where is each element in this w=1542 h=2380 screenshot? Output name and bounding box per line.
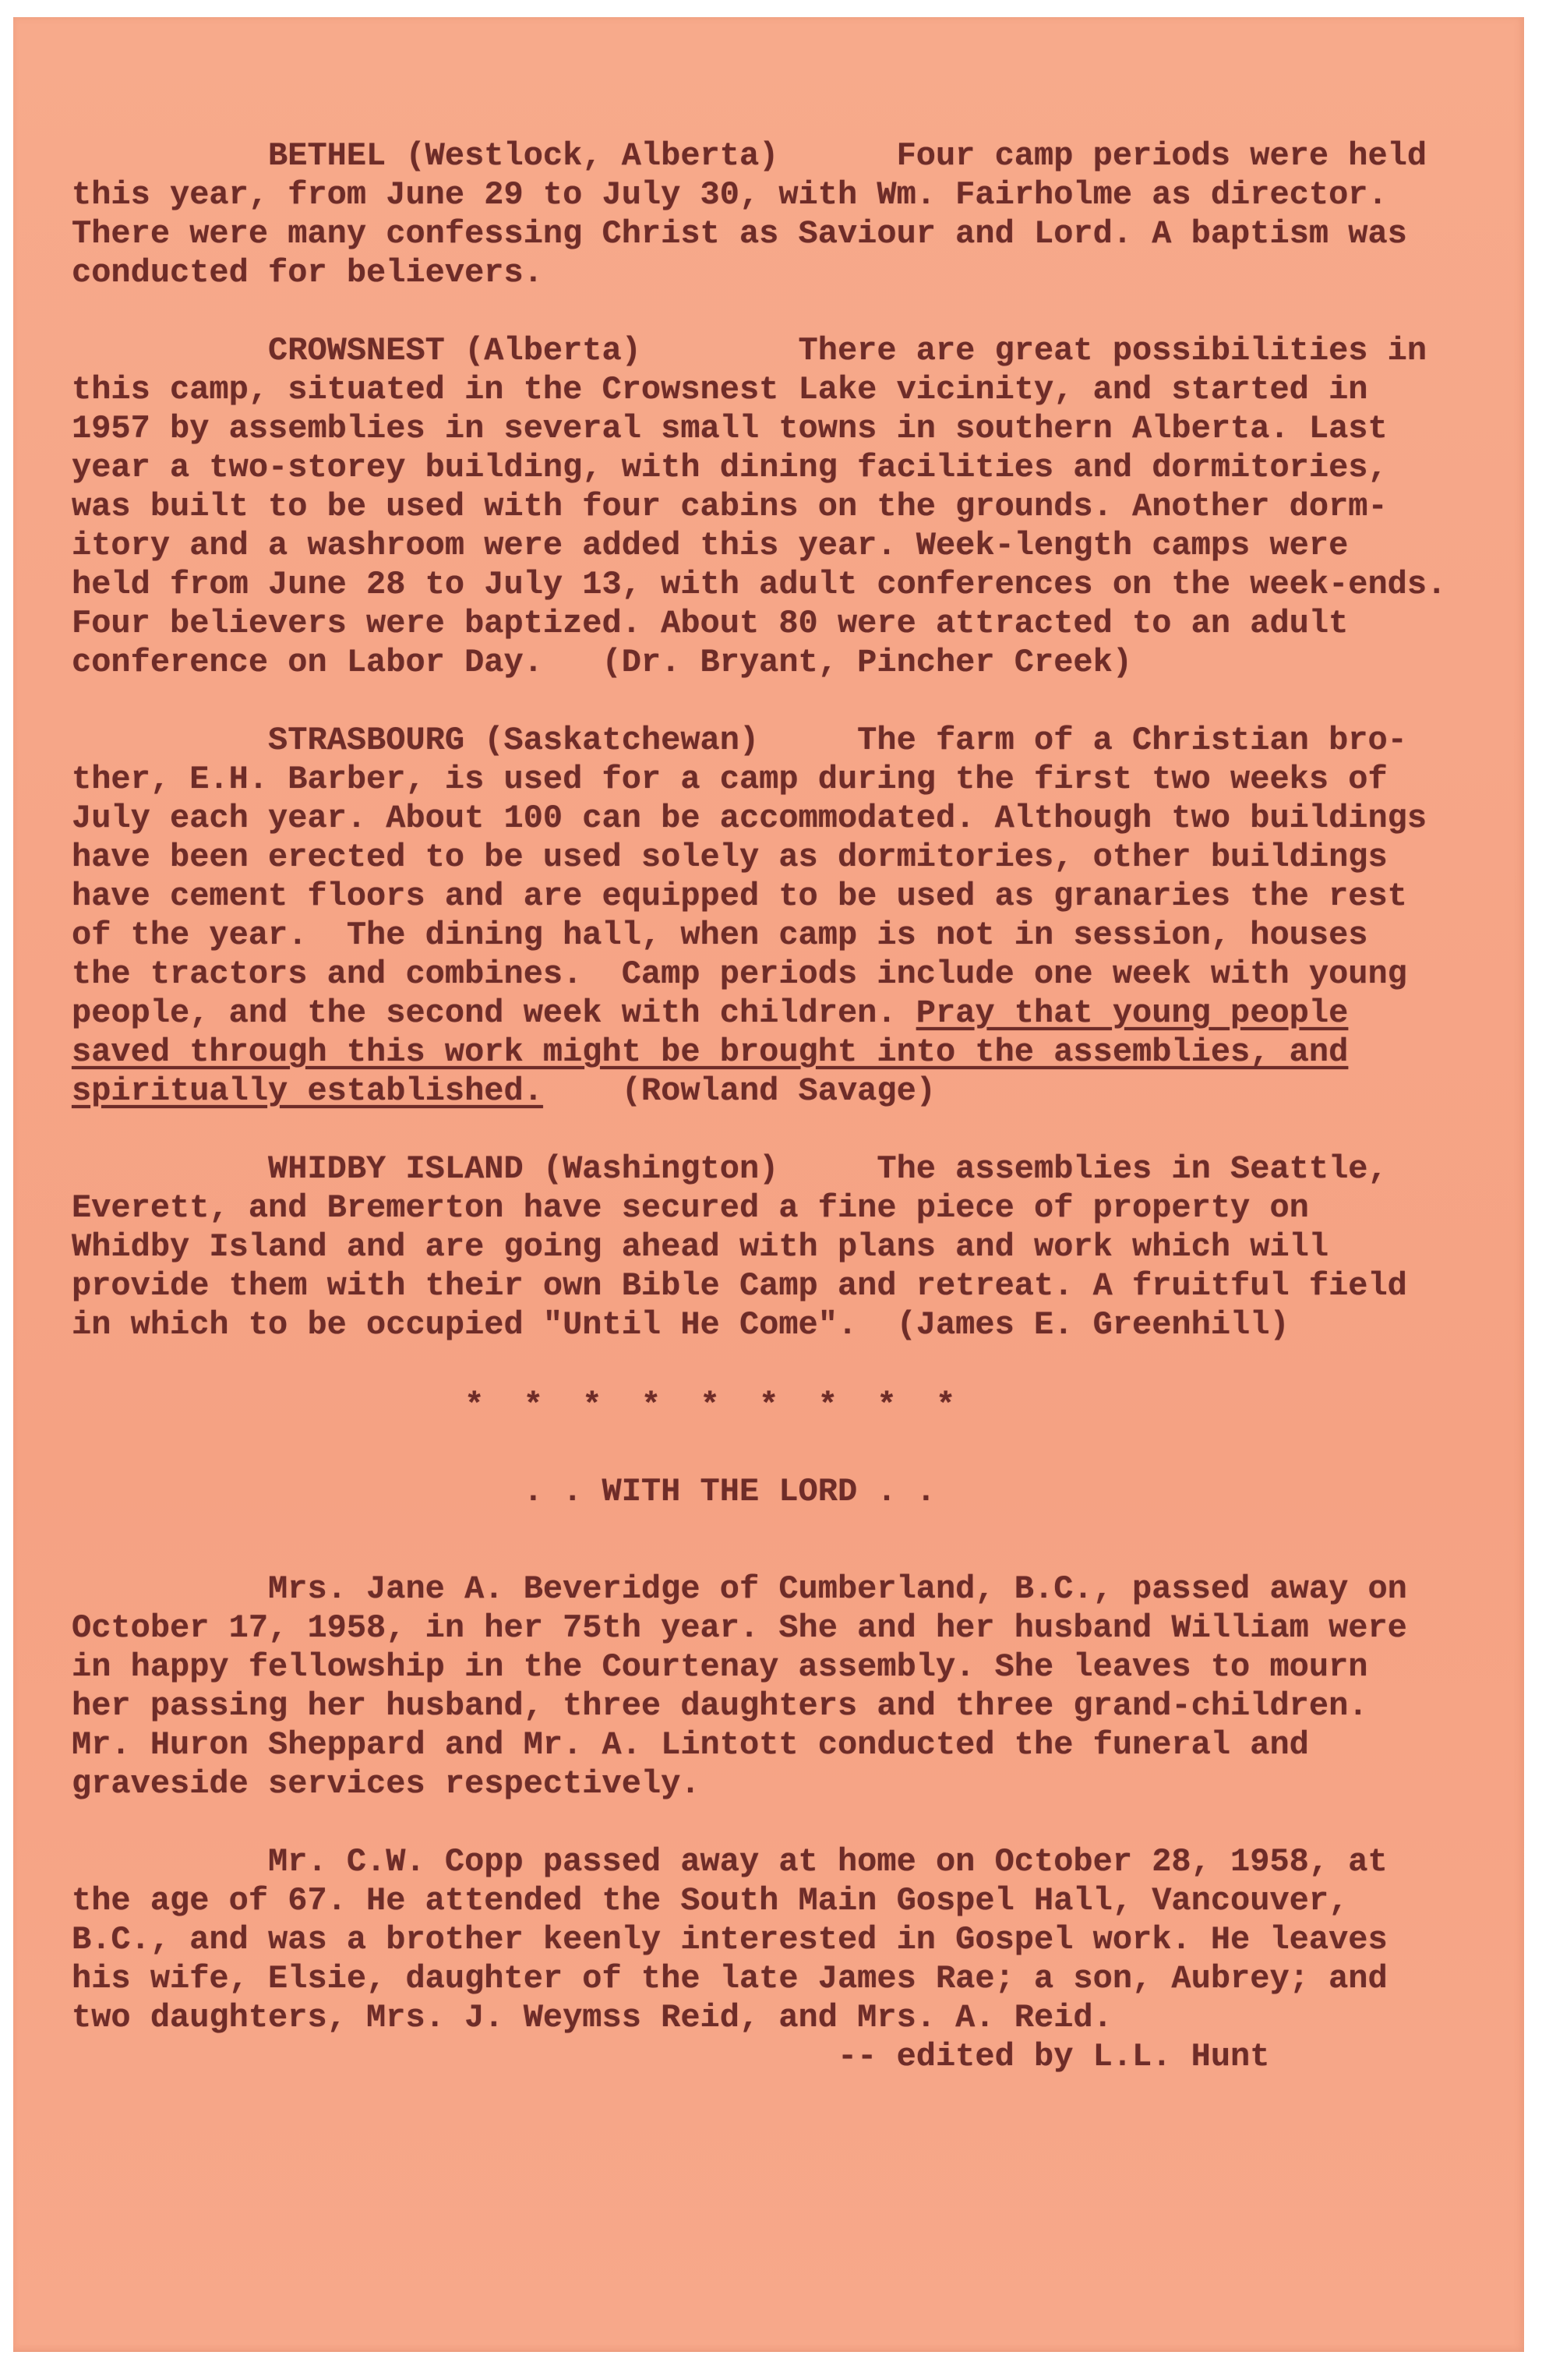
- text-segment: July each year. About 100 can be accommo…: [72, 800, 1427, 837]
- text-line: this camp, situated in the Crowsnest Lak…: [72, 370, 1477, 409]
- text-line: WHIDBY ISLAND (Washington) The assemblie…: [72, 1149, 1477, 1188]
- underlined-text: Pray that young people: [916, 994, 1349, 1032]
- text-segment: people, and the second week with childre…: [72, 994, 916, 1032]
- text-line: the age of 67. He attended the South Mai…: [72, 1881, 1477, 1920]
- text-line: the tractors and combines. Camp periods …: [72, 955, 1477, 994]
- text-segment: two daughters, Mrs. J. Weymss Reid, and …: [72, 1999, 1113, 2036]
- text-line: people, and the second week with childre…: [72, 994, 1477, 1033]
- text-segment: the tractors and combines. Camp periods …: [72, 955, 1407, 993]
- text-segment: this camp, situated in the Crowsnest Lak…: [72, 371, 1367, 408]
- text-line: two daughters, Mrs. J. Weymss Reid, and …: [72, 1998, 1477, 2037]
- underlined-text: spiritually established.: [72, 1072, 543, 1110]
- obituary-beveridge: Mrs. Jane A. Beveridge of Cumberland, B.…: [72, 1570, 1477, 1803]
- text-segment: Mr. C.W. Copp passed away at home on Oct…: [72, 1843, 1388, 1880]
- text-segment: Mr. Huron Sheppard and Mr. A. Lintott co…: [72, 1726, 1309, 1764]
- text-segment: WHIDBY ISLAND (Washington) The assemblie…: [72, 1150, 1388, 1188]
- text-line: . . WITH THE LORD . .: [72, 1472, 1477, 1511]
- text-line: of the year. The dining hall, when camp …: [72, 916, 1477, 955]
- asterisk-divider: * * * * * * * * *: [72, 1386, 1477, 1425]
- text-segment: BETHEL (Westlock, Alberta) Four camp per…: [72, 137, 1427, 175]
- text-segment: his wife, Elsie, daughter of the late Ja…: [72, 1960, 1388, 1997]
- text-segment: graveside services respectively.: [72, 1765, 700, 1803]
- obituary-copp: Mr. C.W. Copp passed away at home on Oct…: [72, 1842, 1477, 2037]
- text-segment: provide them with their own Bible Camp a…: [72, 1267, 1407, 1305]
- text-line: saved through this work might be brought…: [72, 1033, 1477, 1072]
- underlined-text: saved through this work might be brought…: [72, 1033, 1348, 1071]
- text-segment: conference on Labor Day. (Dr. Bryant, Pi…: [72, 644, 1132, 681]
- text-line: this year, from June 29 to July 30, with…: [72, 175, 1477, 214]
- text-line: held from June 28 to July 13, with adult…: [72, 565, 1477, 604]
- text-line: spiritually established. (Rowland Savage…: [72, 1072, 1477, 1111]
- text-line: -- edited by L.L. Hunt: [72, 2037, 1477, 2076]
- text-line: year a two-storey building, with dining …: [72, 448, 1477, 487]
- camp-report-bethel: BETHEL (Westlock, Alberta) Four camp per…: [72, 136, 1477, 292]
- text-line: 1957 by assemblies in several small town…: [72, 409, 1477, 448]
- text-segment: was built to be used with four cabins on…: [72, 488, 1388, 525]
- text-line: provide them with their own Bible Camp a…: [72, 1266, 1477, 1305]
- text-line: Everett, and Bremerton have secured a fi…: [72, 1188, 1477, 1227]
- text-segment: year a two-storey building, with dining …: [72, 449, 1388, 486]
- text-segment: B.C., and was a brother keenly intereste…: [72, 1921, 1388, 1958]
- text-line: in happy fellowship in the Courtenay ass…: [72, 1647, 1477, 1686]
- text-segment: -- edited by L.L. Hunt: [72, 2038, 1269, 2075]
- text-line: itory and a washroom were added this yea…: [72, 526, 1477, 565]
- text-segment: * * * * * * * * *: [72, 1387, 955, 1425]
- text-line: conducted for believers.: [72, 253, 1477, 292]
- text-line: Four believers were baptized. About 80 w…: [72, 604, 1477, 643]
- text-segment: this year, from June 29 to July 30, with…: [72, 176, 1388, 214]
- text-segment: itory and a washroom were added this yea…: [72, 527, 1348, 564]
- text-line: BETHEL (Westlock, Alberta) Four camp per…: [72, 136, 1477, 175]
- text-segment: her passing her husband, three daughters…: [72, 1687, 1367, 1725]
- camp-report-strasbourg: STRASBOURG (Saskatchewan) The farm of a …: [72, 721, 1477, 1111]
- text-segment: Mrs. Jane A. Beveridge of Cumberland, B.…: [72, 1570, 1407, 1608]
- text-segment: Four believers were baptized. About 80 w…: [72, 605, 1348, 642]
- text-line: Whidby Island and are going ahead with p…: [72, 1227, 1477, 1266]
- text-line: have been erected to be used solely as d…: [72, 838, 1477, 877]
- text-line: Mrs. Jane A. Beveridge of Cumberland, B.…: [72, 1570, 1477, 1608]
- text-line: Mr. Huron Sheppard and Mr. A. Lintott co…: [72, 1725, 1477, 1764]
- text-segment: 1957 by assemblies in several small town…: [72, 410, 1388, 447]
- camp-report-crowsnest: CROWSNEST (Alberta) There are great poss…: [72, 331, 1477, 682]
- text-segment: ther, E.H. Barber, is used for a camp du…: [72, 761, 1388, 798]
- text-line: CROWSNEST (Alberta) There are great poss…: [72, 331, 1477, 370]
- text-segment: in happy fellowship in the Courtenay ass…: [72, 1648, 1367, 1686]
- text-segment: the age of 67. He attended the South Mai…: [72, 1882, 1348, 1919]
- text-segment: There were many confessing Christ as Sav…: [72, 215, 1407, 252]
- text-line: October 17, 1958, in her 75th year. She …: [72, 1608, 1477, 1647]
- text-line: have cement floors and are equipped to b…: [72, 877, 1477, 916]
- text-segment: Everett, and Bremerton have secured a fi…: [72, 1189, 1309, 1227]
- text-segment: of the year. The dining hall, when camp …: [72, 916, 1367, 954]
- camp-report-whidby-island: WHIDBY ISLAND (Washington) The assemblie…: [72, 1149, 1477, 1344]
- text-line: July each year. About 100 can be accommo…: [72, 799, 1477, 838]
- text-line: STRASBOURG (Saskatchewan) The farm of a …: [72, 721, 1477, 760]
- text-segment: CROWSNEST (Alberta) There are great poss…: [72, 332, 1427, 369]
- text-segment: held from June 28 to July 13, with adult…: [72, 566, 1446, 603]
- scanned-newsletter-page: BETHEL (Westlock, Alberta) Four camp per…: [13, 17, 1524, 2352]
- text-line: in which to be occupied "Until He Come".…: [72, 1305, 1477, 1344]
- text-line: B.C., and was a brother keenly intereste…: [72, 1920, 1477, 1959]
- text-line: graveside services respectively.: [72, 1764, 1477, 1803]
- text-line: * * * * * * * * *: [72, 1386, 1477, 1425]
- text-line: Mr. C.W. Copp passed away at home on Oct…: [72, 1842, 1477, 1881]
- text-segment: (Rowland Savage): [543, 1072, 936, 1110]
- text-segment: . . WITH THE LORD . .: [72, 1473, 936, 1510]
- text-line: ther, E.H. Barber, is used for a camp du…: [72, 760, 1477, 799]
- text-segment: in which to be occupied "Until He Come".…: [72, 1306, 1290, 1344]
- text-segment: STRASBOURG (Saskatchewan) The farm of a …: [72, 722, 1407, 759]
- editor-signoff: -- edited by L.L. Hunt: [72, 2037, 1477, 2076]
- text-line: her passing her husband, three daughters…: [72, 1686, 1477, 1725]
- text-line: conference on Labor Day. (Dr. Bryant, Pi…: [72, 643, 1477, 682]
- text-line: his wife, Elsie, daughter of the late Ja…: [72, 1959, 1477, 1998]
- text-segment: conducted for believers.: [72, 254, 543, 291]
- text-segment: have been erected to be used solely as d…: [72, 839, 1388, 876]
- text-line: There were many confessing Christ as Sav…: [72, 214, 1477, 253]
- text-line: was built to be used with four cabins on…: [72, 487, 1477, 526]
- typewritten-text: BETHEL (Westlock, Alberta) Four camp per…: [72, 136, 1477, 2076]
- text-segment: October 17, 1958, in her 75th year. She …: [72, 1609, 1407, 1647]
- text-segment: have cement floors and are equipped to b…: [72, 877, 1407, 915]
- with-the-lord-heading: . . WITH THE LORD . .: [72, 1472, 1477, 1511]
- text-segment: Whidby Island and are going ahead with p…: [72, 1228, 1329, 1266]
